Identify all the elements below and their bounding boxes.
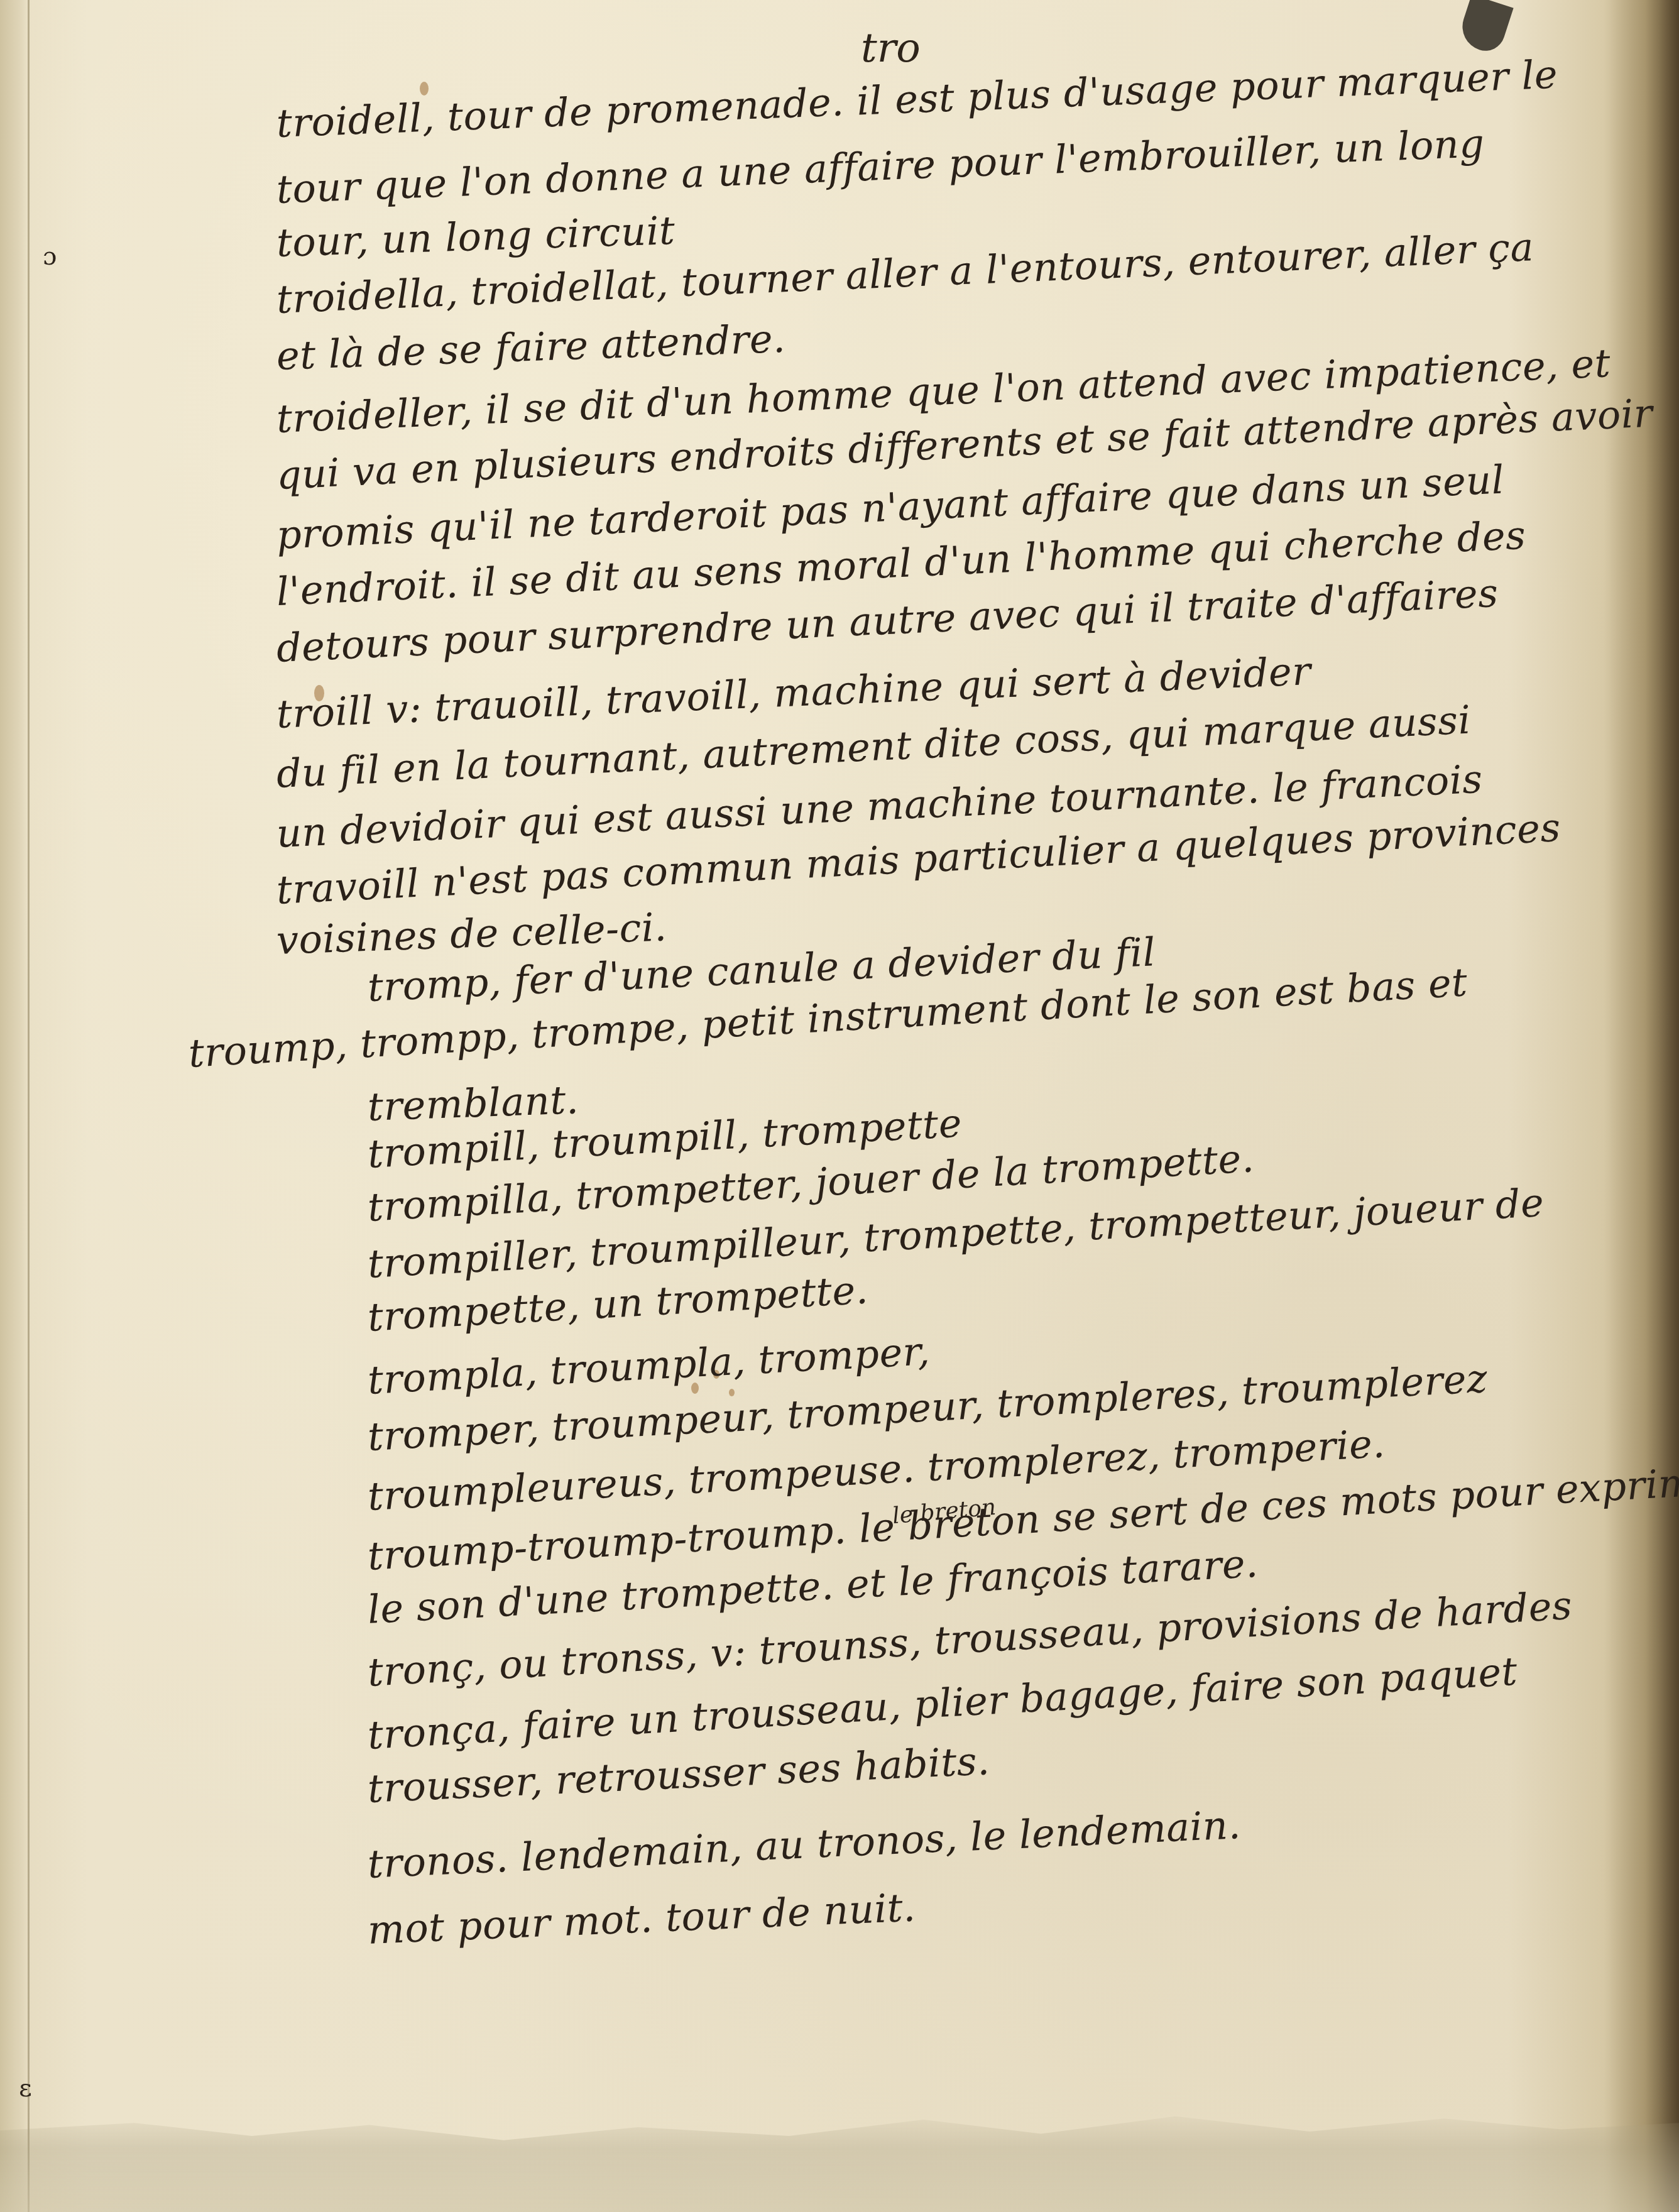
manuscript-line: tour, un long circuit bbox=[276, 207, 676, 266]
foxing-spot bbox=[420, 82, 429, 96]
manuscript-page: tro troidell, tour de promenade. il est … bbox=[0, 0, 1679, 2212]
margin-mark: ɛ bbox=[19, 2074, 32, 2103]
manuscript-line: et là de se faire attendre. bbox=[276, 315, 787, 379]
margin-mark: ɔ bbox=[43, 242, 57, 271]
water-stain bbox=[0, 2103, 1679, 2212]
running-header: tro bbox=[861, 25, 921, 72]
ink-blot bbox=[1456, 0, 1513, 56]
page-left-deckle-edge bbox=[0, 0, 30, 2212]
manuscript-line: mot pour mot. tour de nuit. bbox=[366, 1884, 916, 1952]
manuscript-line: tronos. lendemain, au tronos, le lendema… bbox=[366, 1802, 1242, 1887]
binding-gutter-shadow bbox=[1604, 0, 1679, 2212]
